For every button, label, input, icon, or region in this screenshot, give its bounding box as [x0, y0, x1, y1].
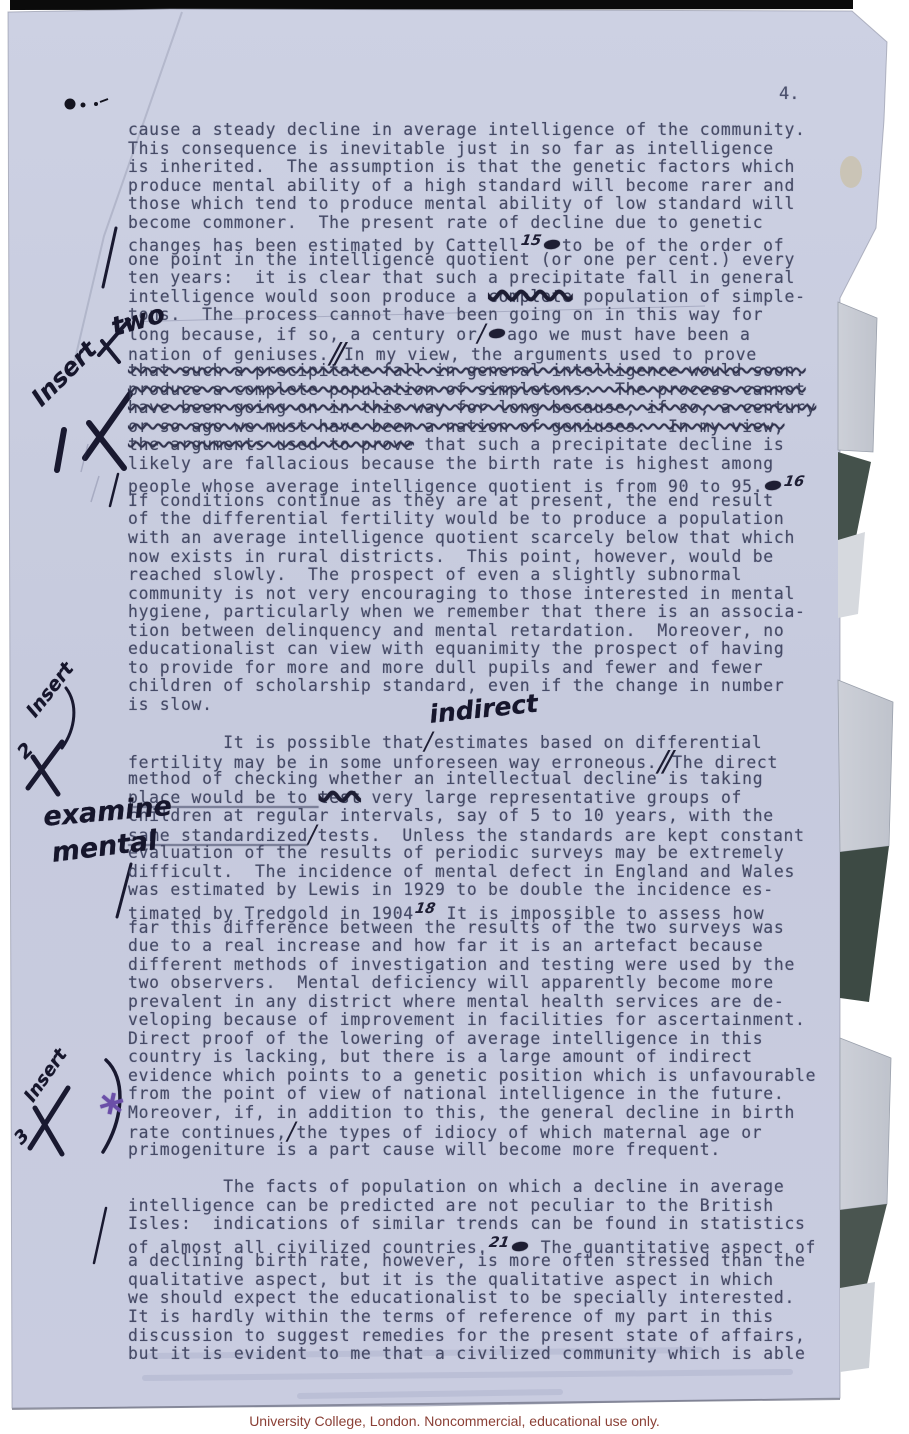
- typed-line: from the point of view of national intel…: [128, 1085, 868, 1104]
- typed-line: of almost all civilized countries.21 The…: [128, 1234, 868, 1253]
- typed-segment: hygiene, particularly when we remember t…: [128, 602, 806, 621]
- typed-segment: the types of idiocy of which maternal ag…: [297, 1123, 763, 1142]
- typed-line: It is hardly within the terms of referen…: [128, 1308, 868, 1327]
- typed-segment: of the differential fertility would be t…: [128, 509, 784, 528]
- typed-segment: is inherited. The assumption is that the…: [128, 157, 795, 176]
- page-number: 4.: [779, 84, 799, 104]
- typed-segment: or so ago we must have been a nation of …: [128, 417, 784, 436]
- typed-segment: difficult. The incidence of mental defec…: [128, 862, 795, 881]
- typed-segment: intelligence would soon produce a: [128, 287, 488, 306]
- typed-segment: now exists in rural districts. This poin…: [128, 547, 774, 566]
- typed-line: Moreover, if, in addition to this, the g…: [128, 1104, 868, 1123]
- typed-line: now exists in rural districts. This poin…: [128, 548, 868, 567]
- scanned-document-page: 4. cause a steady decline in average int…: [0, 0, 909, 1434]
- typed-segment: community is not very encouraging to tho…: [128, 584, 795, 603]
- typed-segment: but it is evident to me that a civilized…: [128, 1344, 806, 1363]
- typed-line: or so ago we must have been a nation of …: [128, 418, 868, 437]
- typed-segment: become commoner. The present rate of dec…: [128, 213, 763, 232]
- typed-line: ten years: it is clear that such a preci…: [128, 269, 868, 288]
- typed-line: become commoner. The present rate of dec…: [128, 214, 868, 233]
- typed-segment: very large representative groups of: [361, 788, 742, 807]
- typed-line: Isles: indications of similar trends can…: [128, 1215, 868, 1234]
- typed-line: was estimated by Lewis in 1929 to be dou…: [128, 881, 868, 900]
- typed-line: tion between delinquency and mental reta…: [128, 622, 868, 641]
- typed-segment: Isles: indications of similar trends can…: [128, 1214, 806, 1233]
- typed-segment: produce mental ability of a high standar…: [128, 176, 795, 195]
- typed-line: qualitative aspect, but it is the qualit…: [128, 1271, 868, 1290]
- typed-line: is slow.: [128, 696, 868, 715]
- typed-line: people whose average intelligence quotie…: [128, 473, 868, 492]
- typed-segment: far this difference between the results …: [128, 918, 784, 937]
- typed-line: children of scholarship standard, even i…: [128, 677, 868, 696]
- typed-line: prevalent in any district where mental h…: [128, 993, 868, 1012]
- typed-segment: those which tend to produce mental abili…: [128, 194, 795, 213]
- typed-line: rate continues,/the types of idiocy of w…: [128, 1123, 868, 1142]
- typed-segment: population of simple-: [573, 287, 806, 306]
- typed-segment: intelligence can be predicted are not pe…: [128, 1196, 774, 1215]
- typed-line: If conditions continue as they are at pr…: [128, 492, 868, 511]
- typed-segment: educationalist can view with equanimity …: [128, 639, 784, 658]
- typed-segment: tests. Unless the standards are kept con…: [318, 826, 805, 845]
- typed-segment: It is possible that: [128, 733, 424, 752]
- typed-segment: that such a precipitate decline is: [414, 435, 785, 454]
- typed-line: children at regular intervals, say of 5 …: [128, 807, 868, 826]
- typed-line: reached slowly. The prospect of even a s…: [128, 566, 868, 585]
- typed-segment: a declining birth rate, however, is more…: [128, 1251, 806, 1270]
- typed-segment: reached slowly. The prospect of even a s…: [128, 565, 742, 584]
- typed-line: one point in the intelligence quotient (…: [128, 251, 868, 270]
- typed-line: different methods of investigation and t…: [128, 956, 868, 975]
- typed-line: It is possible that/estimates based on d…: [128, 733, 868, 752]
- typed-line: that such a precipitate fall in general …: [128, 362, 868, 381]
- typed-segment: The facts of population on which a decli…: [128, 1177, 784, 1196]
- typed-segment: due to a real increase and how far it is…: [128, 936, 763, 955]
- typed-body-text: cause a steady decline in average intell…: [128, 121, 868, 1364]
- archive-caption: University College, London. Noncommercia…: [249, 1413, 660, 1429]
- typed-segment: country is lacking, but there is a large…: [128, 1047, 753, 1066]
- typed-line: nation of geniuses.//In my view, the arg…: [128, 344, 868, 363]
- typed-segment: Direct proof of the lowering of average …: [128, 1029, 763, 1048]
- typed-line: cause a steady decline in average intell…: [128, 121, 868, 140]
- typed-segment: likely are fallacious because the birth …: [128, 454, 774, 473]
- typed-line: those which tend to produce mental abili…: [128, 195, 868, 214]
- typed-segment: If conditions continue as they are at pr…: [128, 491, 774, 510]
- typed-line: educationalist can view with equanimity …: [128, 640, 868, 659]
- typed-line: is inherited. The assumption is that the…: [128, 158, 868, 177]
- ink-blot-mark: [512, 1241, 529, 1252]
- typed-segment: ten years: it is clear that such a preci…: [128, 268, 795, 287]
- typed-segment: place would be to: [128, 788, 319, 807]
- typed-segment: estimates based on differential: [434, 733, 762, 752]
- typed-line: discussion to suggest remedies for the p…: [128, 1327, 868, 1346]
- typed-line: veloping because of improvement in facil…: [128, 1011, 868, 1030]
- typed-segment: long because, if so, a century or: [128, 325, 477, 344]
- typed-segment: veloping because of improvement in facil…: [128, 1010, 806, 1029]
- typed-line: changes has been estimated by Cattell15t…: [128, 232, 868, 251]
- typed-line: intelligence can be predicted are not pe…: [128, 1197, 868, 1216]
- typed-segment: ago we must have been a: [507, 325, 751, 344]
- typed-line: likely are fallacious because the birth …: [128, 455, 868, 474]
- typed-line: fertility may be in some unforeseen way …: [128, 752, 868, 771]
- typed-line: intelligence would soon produce a comple…: [128, 288, 868, 307]
- ink-reference-number: 15: [518, 232, 543, 251]
- typed-line: Direct proof of the lowering of average …: [128, 1030, 868, 1049]
- typed-segment: to provide for more and more dull pupils…: [128, 658, 763, 677]
- ink-blot-mark: [543, 239, 560, 250]
- typed-segment: two observers. Mental deficiency will ap…: [128, 973, 774, 992]
- typed-line: same standardized/tests. Unless the stan…: [128, 826, 868, 845]
- typed-line: community is not very encouraging to tho…: [128, 585, 868, 604]
- typed-line: with an average intelligence quotient sc…: [128, 529, 868, 548]
- typed-line: [128, 715, 868, 734]
- ink-reference-number: 18: [412, 900, 437, 919]
- typed-segment: one point in the intelligence quotient (…: [128, 250, 795, 269]
- typed-segment: different methods of investigation and t…: [128, 955, 795, 974]
- typed-segment: complete: [488, 287, 573, 306]
- typed-segment: It is hardly within the terms of referen…: [128, 1307, 774, 1326]
- typed-line: The facts of population on which a decli…: [128, 1178, 868, 1197]
- typed-line: place would be to test very large repres…: [128, 789, 868, 808]
- typed-line: long because, if so, a century or/ago we…: [128, 325, 868, 344]
- typed-segment: children at regular intervals, say of 5 …: [128, 806, 774, 825]
- typed-segment: have been going on in this way for long …: [128, 398, 816, 417]
- typed-line: the arguments used to prove that such a …: [128, 436, 868, 455]
- typed-segment: rate continues,: [128, 1123, 287, 1142]
- typed-segment: we should expect the educationalist to b…: [128, 1288, 795, 1307]
- typed-line: primogeniture is a part cause will becom…: [128, 1141, 868, 1160]
- typed-segment: the arguments used to prove: [128, 435, 414, 454]
- typed-line: but it is evident to me that a civilized…: [128, 1345, 868, 1364]
- scan-edge-bar: [10, 0, 853, 10]
- ink-reference-number: 21: [486, 1234, 511, 1253]
- typed-segment: This consequence is inevitable just in s…: [128, 139, 774, 158]
- typed-line: of the differential fertility would be t…: [128, 510, 868, 529]
- typed-segment: qualitative aspect, but it is the qualit…: [128, 1270, 774, 1289]
- typed-line: This consequence is inevitable just in s…: [128, 140, 868, 159]
- typed-segment: same standardized: [128, 826, 308, 845]
- typed-segment: produce a complete population of simplet…: [128, 380, 806, 399]
- typed-line: far this difference between the results …: [128, 919, 868, 938]
- typed-segment: from the point of view of national intel…: [128, 1084, 784, 1103]
- typed-line: evidence which points to a genetic posit…: [128, 1067, 868, 1086]
- typed-segment: cause a steady decline in average intell…: [128, 120, 806, 139]
- typed-line: difficult. The incidence of mental defec…: [128, 863, 868, 882]
- typed-segment: discussion to suggest remedies for the p…: [128, 1326, 806, 1345]
- typed-segment: tion between delinquency and mental reta…: [128, 621, 784, 640]
- typed-line: evaluation of the results of periodic su…: [128, 844, 868, 863]
- typed-line: timated by Tredgold in 190418 It is impo…: [128, 900, 868, 919]
- caption-strip: University College, London. Noncommercia…: [0, 1410, 909, 1434]
- typed-segment: was estimated by Lewis in 1929 to be dou…: [128, 880, 774, 899]
- typed-line: due to a real increase and how far it is…: [128, 937, 868, 956]
- typed-line: to provide for more and more dull pupils…: [128, 659, 868, 678]
- typed-segment: tons. The process cannot have been going…: [128, 305, 763, 324]
- typed-line: two observers. Mental deficiency will ap…: [128, 974, 868, 993]
- typed-segment: prevalent in any district where mental h…: [128, 992, 784, 1011]
- typed-line: produce a complete population of simplet…: [128, 381, 868, 400]
- typed-segment: with an average intelligence quotient sc…: [128, 528, 795, 547]
- typed-segment: Moreover, if, in addition to this, the g…: [128, 1103, 795, 1122]
- typed-line: [128, 1160, 868, 1179]
- typed-line: hygiene, particularly when we remember t…: [128, 603, 868, 622]
- ink-blot-mark: [489, 328, 506, 339]
- typed-line: produce mental ability of a high standar…: [128, 177, 868, 196]
- typed-line: we should expect the educationalist to b…: [128, 1289, 868, 1308]
- typed-line: tons. The process cannot have been going…: [128, 306, 868, 325]
- typed-line: method of checking whether an intellectu…: [128, 770, 868, 789]
- typed-line: country is lacking, but there is a large…: [128, 1048, 868, 1067]
- typed-line: have been going on in this way for long …: [128, 399, 868, 418]
- typed-segment: test: [319, 788, 361, 807]
- typed-segment: evaluation of the results of periodic su…: [128, 843, 784, 862]
- ink-reference-number: 16: [782, 473, 807, 492]
- typed-line: a declining birth rate, however, is more…: [128, 1252, 868, 1271]
- typed-segment: primogeniture is a part cause will becom…: [128, 1140, 721, 1159]
- typed-segment: children of scholarship standard, even i…: [128, 676, 784, 695]
- typed-segment: is slow.: [128, 695, 213, 714]
- ink-blot-mark: [765, 480, 782, 491]
- typed-segment: that such a precipitate fall in general …: [128, 361, 806, 380]
- typed-segment: evidence which points to a genetic posit…: [128, 1066, 816, 1085]
